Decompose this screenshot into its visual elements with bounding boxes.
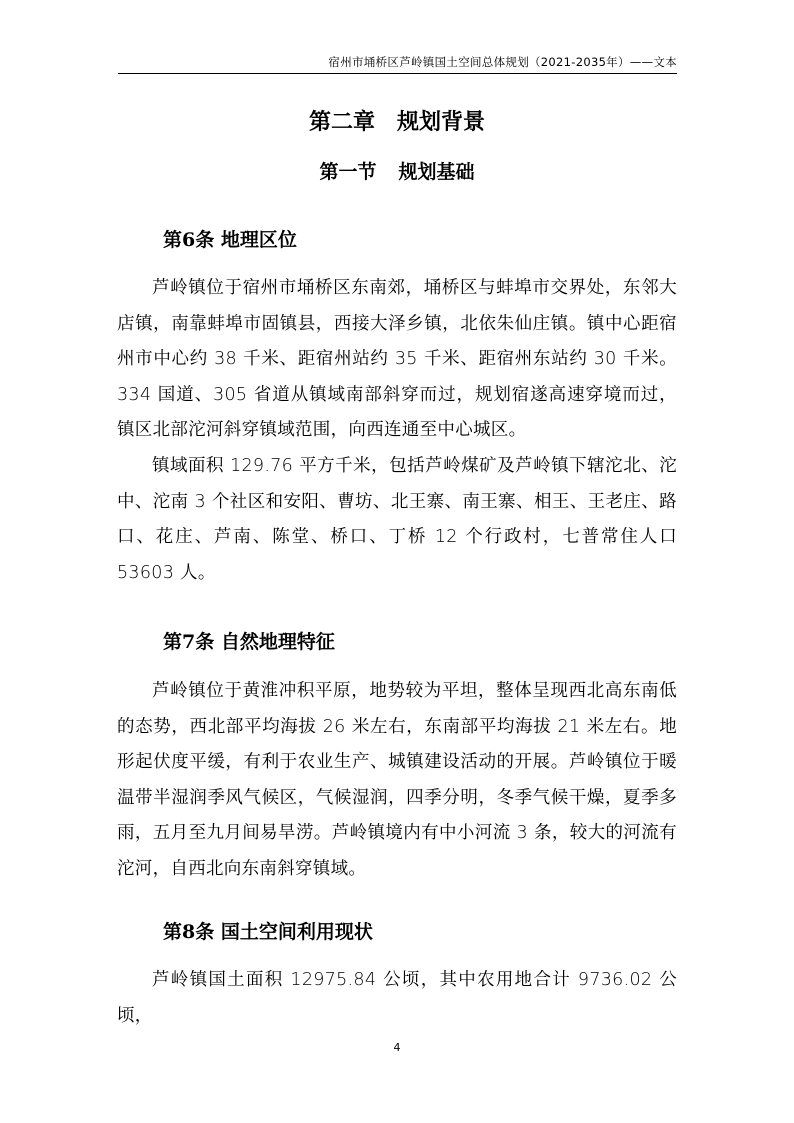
paragraph-town-area: 镇域面积 129.76 平方千米，包括芦岭煤矿及芦岭镇下辖沱北、沱中、沱南 3 … [117,449,677,591]
chapter-title: 第二章规划背景 [0,108,794,138]
article-heading-7: 第7条 自然地理特征 [163,628,335,656]
paragraph-land-use: 芦岭镇国土面积 12975.84 公顷，其中农用地合计 9736.02 公顷， [117,963,677,1034]
section-name: 规划基础 [399,161,475,183]
section-number: 第一节 [319,161,376,183]
article-heading-8: 第8条 国土空间利用现状 [163,918,373,946]
page-header: 宿州市埇桥区芦岭镇国土空间总体规划（2021-2035年）——文本 [118,53,677,74]
chapter-number: 第二章 [309,110,375,135]
page-number: 4 [0,1041,794,1055]
article-heading-6: 第6条 地理区位 [163,226,297,254]
running-title: 宿州市埇桥区芦岭镇国土空间总体规划（2021-2035年）——文本 [328,55,677,69]
section-title: 第一节规划基础 [0,158,794,186]
paragraph-natural-features: 芦岭镇位于黄淮冲积平原，地势较为平坦，整体呈现西北高东南低的态势，西北部平均海拔… [117,674,677,887]
chapter-name: 规划背景 [397,110,485,135]
paragraph-geographic-location: 芦岭镇位于宿州市埇桥区东南郊，埇桥区与蚌埠市交界处，东邻大店镇，南靠蚌埠市固镇县… [117,271,677,449]
